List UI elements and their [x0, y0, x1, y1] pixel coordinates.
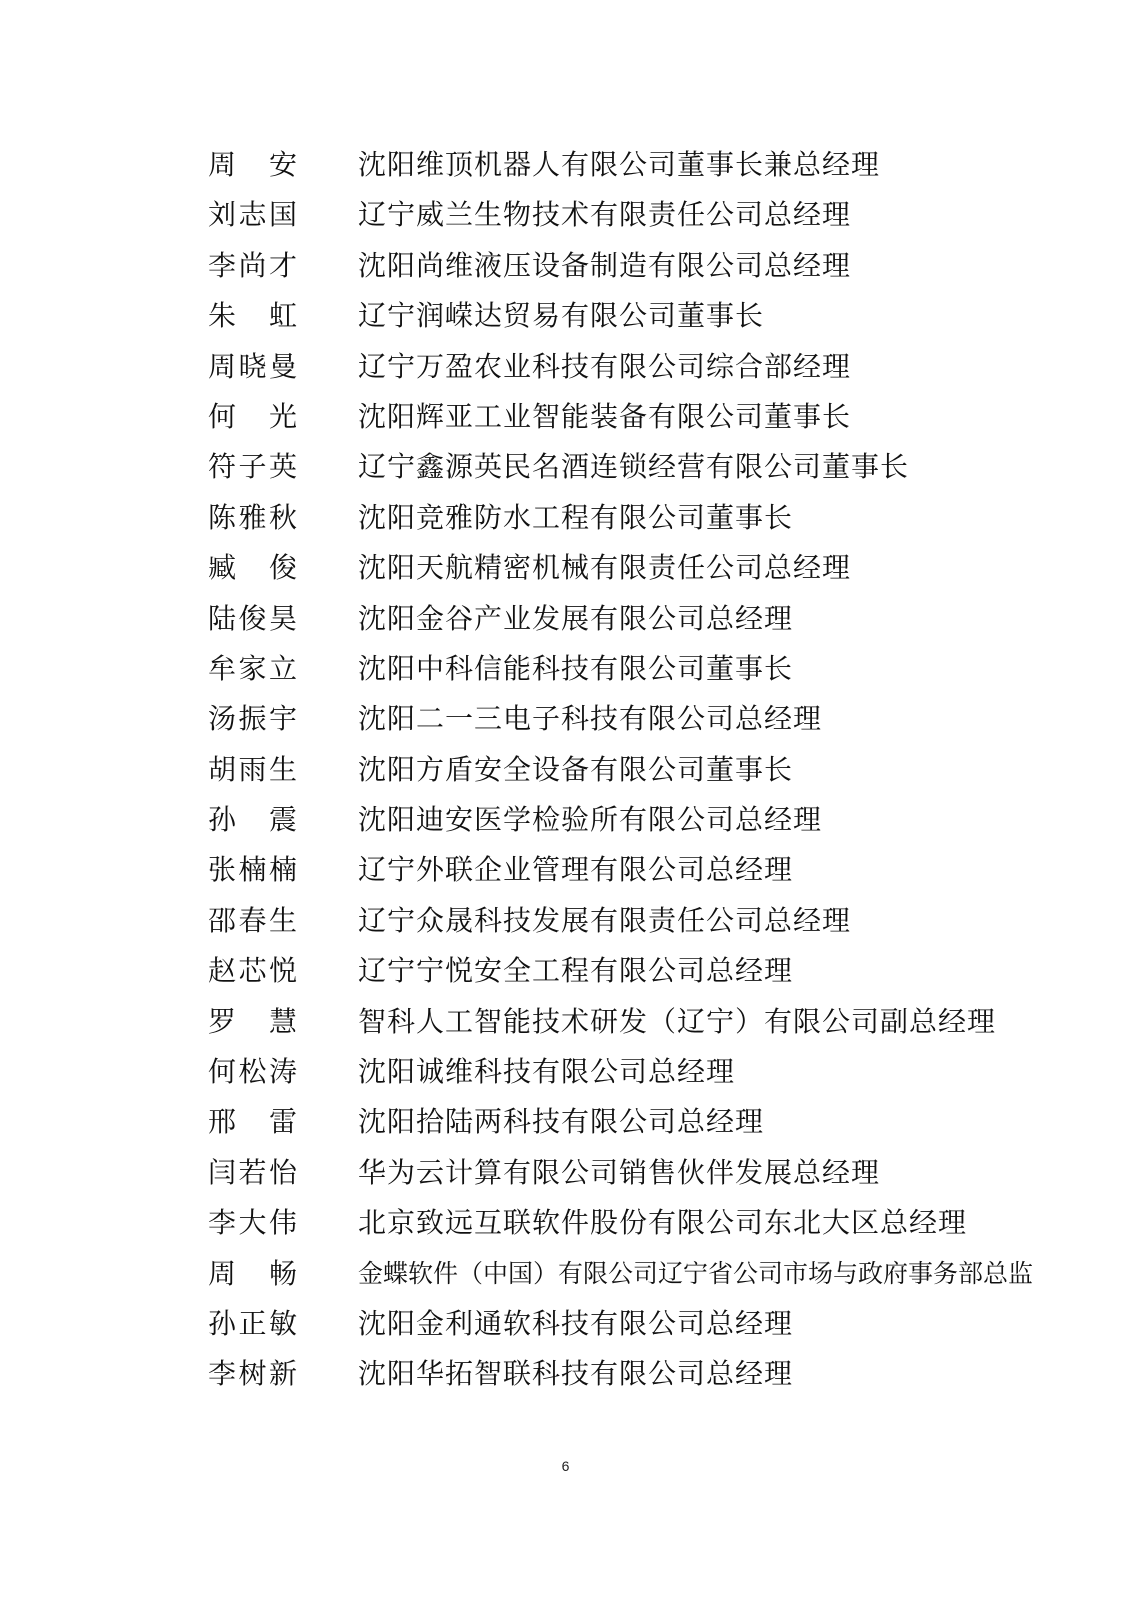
list-item: 罗慧智科人工智能技术研发（辽宁）有限公司副总经理 [208, 997, 1008, 1047]
name-character: 楠 [238, 845, 267, 895]
name-character: 新 [269, 1349, 298, 1399]
list-item: 周畅金蝶软件（中国）有限公司辽宁省公司市场与政府事务部总监 [208, 1249, 1008, 1299]
name-character: 陆 [208, 594, 237, 644]
name-character: 尚 [238, 241, 267, 291]
list-item: 何光沈阳辉亚工业智能装备有限公司董事长 [208, 392, 1008, 442]
list-item: 邵春生辽宁众晟科技发展有限责任公司总经理 [208, 896, 1008, 946]
person-name: 周晓曼 [208, 342, 298, 392]
person-name: 胡雨生 [208, 745, 298, 795]
name-character: 陈 [208, 493, 237, 543]
name-character: 闫 [208, 1148, 237, 1198]
person-name: 张楠楠 [208, 845, 298, 895]
person-title: 辽宁外联企业管理有限公司总经理 [358, 845, 793, 895]
name-character: 臧 [208, 543, 237, 593]
list-item: 周晓曼辽宁万盈农业科技有限公司综合部经理 [208, 342, 1008, 392]
name-character: 涛 [269, 1047, 298, 1097]
list-item: 牟家立沈阳中科信能科技有限公司董事长 [208, 644, 1008, 694]
person-name: 周畅 [208, 1249, 298, 1299]
person-name: 陈雅秋 [208, 493, 298, 543]
person-title: 北京致远互联软件股份有限公司东北大区总经理 [358, 1198, 967, 1248]
person-name: 何松涛 [208, 1047, 298, 1097]
person-title: 沈阳金利通软科技有限公司总经理 [358, 1299, 793, 1349]
list-item: 汤振宇沈阳二一三电子科技有限公司总经理 [208, 694, 1008, 744]
name-character: 张 [208, 845, 237, 895]
list-item: 朱虹辽宁润嵘达贸易有限公司董事长 [208, 291, 1008, 341]
list-item: 符子英辽宁鑫源英民名酒连锁经营有限公司董事长 [208, 442, 1008, 492]
name-character: 刘 [208, 190, 237, 240]
list-item: 闫若怡华为云计算有限公司销售伙伴发展总经理 [208, 1148, 1008, 1198]
name-character: 子 [238, 442, 267, 492]
person-name: 孙震 [208, 795, 298, 845]
name-character: 怡 [269, 1148, 298, 1198]
name-character: 震 [269, 795, 298, 845]
name-character: 安 [269, 140, 298, 190]
name-character: 生 [269, 745, 298, 795]
name-character: 宇 [269, 694, 298, 744]
person-title: 沈阳华拓智联科技有限公司总经理 [358, 1349, 793, 1399]
person-title: 沈阳诚维科技有限公司总经理 [358, 1047, 735, 1097]
name-character: 敏 [269, 1299, 298, 1349]
person-title: 沈阳中科信能科技有限公司董事长 [358, 644, 793, 694]
person-name: 孙正敏 [208, 1299, 298, 1349]
document-page: 周安沈阳维顶机器人有限公司董事长兼总经理刘志国辽宁威兰生物技术有限责任公司总经理… [0, 0, 1131, 1600]
list-item: 李大伟北京致远互联软件股份有限公司东北大区总经理 [208, 1198, 1008, 1248]
name-character: 俊 [238, 594, 267, 644]
list-item: 李树新沈阳华拓智联科技有限公司总经理 [208, 1349, 1008, 1399]
person-name: 符子英 [208, 442, 298, 492]
name-character: 雨 [238, 745, 267, 795]
page-number: 6 [0, 1458, 1131, 1474]
list-item: 陆俊昊沈阳金谷产业发展有限公司总经理 [208, 594, 1008, 644]
list-item: 李尚才沈阳尚维液压设备制造有限公司总经理 [208, 241, 1008, 291]
name-character: 虹 [269, 291, 298, 341]
person-name: 陆俊昊 [208, 594, 298, 644]
name-character: 若 [238, 1148, 267, 1198]
name-character: 周 [208, 342, 237, 392]
list-item: 邢雷沈阳拾陆两科技有限公司总经理 [208, 1097, 1008, 1147]
person-name: 臧俊 [208, 543, 298, 593]
person-name: 何光 [208, 392, 298, 442]
person-title: 沈阳拾陆两科技有限公司总经理 [358, 1097, 764, 1147]
name-character: 周 [208, 140, 237, 190]
name-character: 光 [269, 392, 298, 442]
person-title: 辽宁万盈农业科技有限公司综合部经理 [358, 342, 851, 392]
person-name: 邵春生 [208, 896, 298, 946]
name-character: 朱 [208, 291, 237, 341]
name-character: 何 [208, 1047, 237, 1097]
person-name: 牟家立 [208, 644, 298, 694]
person-title: 沈阳辉亚工业智能装备有限公司董事长 [358, 392, 851, 442]
person-name: 李尚才 [208, 241, 298, 291]
person-name: 周安 [208, 140, 298, 190]
person-name: 刘志国 [208, 190, 298, 240]
person-title: 沈阳天航精密机械有限责任公司总经理 [358, 543, 851, 593]
person-title: 沈阳竞雅防水工程有限公司董事长 [358, 493, 793, 543]
name-character: 才 [269, 241, 298, 291]
name-character: 孙 [208, 795, 237, 845]
person-title: 辽宁宁悦安全工程有限公司总经理 [358, 946, 793, 996]
person-title: 沈阳维顶机器人有限公司董事长兼总经理 [358, 140, 880, 190]
list-item: 臧俊沈阳天航精密机械有限责任公司总经理 [208, 543, 1008, 593]
name-character: 家 [238, 644, 267, 694]
name-character: 符 [208, 442, 237, 492]
person-title: 沈阳方盾安全设备有限公司董事长 [358, 745, 793, 795]
person-title: 沈阳尚维液压设备制造有限公司总经理 [358, 241, 851, 291]
list-item: 张楠楠辽宁外联企业管理有限公司总经理 [208, 845, 1008, 895]
name-character: 罗 [208, 997, 237, 1047]
person-name: 赵芯悦 [208, 946, 298, 996]
name-character: 胡 [208, 745, 237, 795]
list-item: 陈雅秋沈阳竞雅防水工程有限公司董事长 [208, 493, 1008, 543]
person-title: 沈阳二一三电子科技有限公司总经理 [358, 694, 822, 744]
name-character: 李 [208, 1198, 237, 1248]
name-character: 李 [208, 241, 237, 291]
person-name: 朱虹 [208, 291, 298, 341]
name-character: 孙 [208, 1299, 237, 1349]
name-character: 晓 [238, 342, 267, 392]
member-list: 周安沈阳维顶机器人有限公司董事长兼总经理刘志国辽宁威兰生物技术有限责任公司总经理… [208, 140, 1008, 1400]
person-title: 沈阳金谷产业发展有限公司总经理 [358, 594, 793, 644]
name-character: 秋 [269, 493, 298, 543]
person-name: 李树新 [208, 1349, 298, 1399]
name-character: 畅 [269, 1249, 298, 1299]
name-character: 悦 [269, 946, 298, 996]
name-character: 汤 [208, 694, 237, 744]
name-character: 伟 [269, 1198, 298, 1248]
name-character: 周 [208, 1249, 237, 1299]
name-character: 邵 [208, 896, 237, 946]
name-character: 邢 [208, 1097, 237, 1147]
name-character: 立 [269, 644, 298, 694]
name-character: 生 [269, 896, 298, 946]
name-character: 雷 [269, 1097, 298, 1147]
list-item: 周安沈阳维顶机器人有限公司董事长兼总经理 [208, 140, 1008, 190]
list-item: 何松涛沈阳诚维科技有限公司总经理 [208, 1047, 1008, 1097]
person-title: 辽宁众晟科技发展有限责任公司总经理 [358, 896, 851, 946]
name-character: 振 [238, 694, 267, 744]
name-character: 李 [208, 1349, 237, 1399]
name-character: 大 [238, 1198, 267, 1248]
person-name: 邢雷 [208, 1097, 298, 1147]
name-character: 志 [238, 190, 267, 240]
name-character: 松 [238, 1047, 267, 1097]
name-character: 雅 [238, 493, 267, 543]
name-character: 赵 [208, 946, 237, 996]
person-title: 金蝶软件（中国）有限公司辽宁省公司市场与政府事务部总监 [358, 1249, 1033, 1299]
person-title: 辽宁润嵘达贸易有限公司董事长 [358, 291, 764, 341]
name-character: 英 [269, 442, 298, 492]
name-character: 昊 [269, 594, 298, 644]
person-title: 智科人工智能技术研发（辽宁）有限公司副总经理 [358, 997, 996, 1047]
name-character: 慧 [269, 997, 298, 1047]
list-item: 赵芯悦辽宁宁悦安全工程有限公司总经理 [208, 946, 1008, 996]
name-character: 何 [208, 392, 237, 442]
name-character: 芯 [238, 946, 267, 996]
person-title: 华为云计算有限公司销售伙伴发展总经理 [358, 1148, 880, 1198]
list-item: 胡雨生沈阳方盾安全设备有限公司董事长 [208, 745, 1008, 795]
name-character: 国 [269, 190, 298, 240]
person-name: 李大伟 [208, 1198, 298, 1248]
list-item: 孙震沈阳迪安医学检验所有限公司总经理 [208, 795, 1008, 845]
person-title: 辽宁鑫源英民名酒连锁经营有限公司董事长 [358, 442, 909, 492]
list-item: 孙正敏沈阳金利通软科技有限公司总经理 [208, 1299, 1008, 1349]
person-name: 罗慧 [208, 997, 298, 1047]
name-character: 楠 [269, 845, 298, 895]
name-character: 树 [238, 1349, 267, 1399]
person-name: 汤振宇 [208, 694, 298, 744]
name-character: 牟 [208, 644, 237, 694]
name-character: 俊 [269, 543, 298, 593]
list-item: 刘志国辽宁威兰生物技术有限责任公司总经理 [208, 190, 1008, 240]
name-character: 正 [238, 1299, 267, 1349]
name-character: 曼 [269, 342, 298, 392]
name-character: 春 [238, 896, 267, 946]
person-title: 辽宁威兰生物技术有限责任公司总经理 [358, 190, 851, 240]
person-name: 闫若怡 [208, 1148, 298, 1198]
person-title: 沈阳迪安医学检验所有限公司总经理 [358, 795, 822, 845]
